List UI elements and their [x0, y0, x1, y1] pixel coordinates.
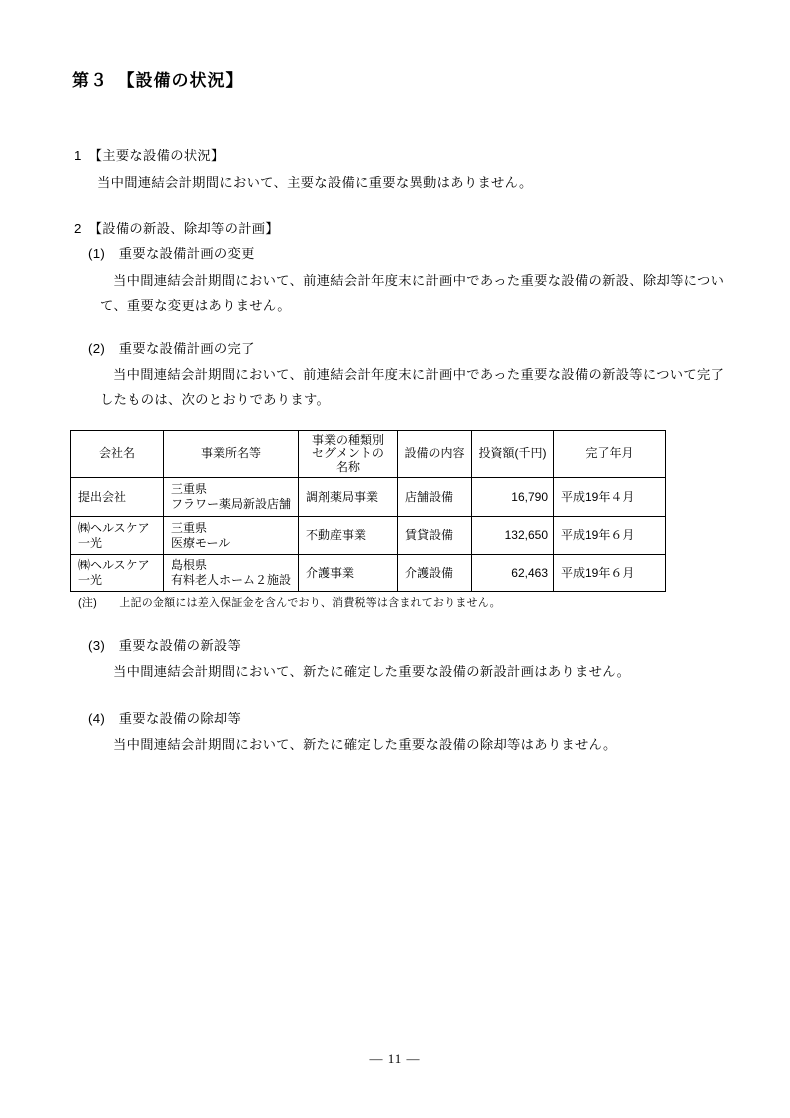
header-company: 会社名 — [71, 431, 164, 478]
cell-equipment: 介護設備 — [398, 555, 472, 592]
sub2-body-line2: したものは、次のとおりであります。 — [100, 389, 330, 408]
cell-company: 提出会社 — [71, 478, 164, 517]
cell-office: 三重県 医療モール — [164, 517, 299, 555]
page-number: ― 11 ― — [0, 1051, 790, 1067]
header-equipment: 設備の内容 — [398, 431, 472, 478]
completed-equipment-table: 会社名 事業所名等 事業の種類別 セグメントの 名称 設備の内容 投資額(千円)… — [70, 430, 666, 592]
sub2-body-line1: 当中間連結会計期間において、前連結会計年度末に計画中であった重要な設備の新設等に… — [113, 364, 724, 383]
header-amount: 投資額(千円) — [472, 431, 554, 478]
table-row: ㈱ヘルスケア 一光 三重県 医療モール 不動産事業 賃貸設備 132,650 平… — [71, 517, 666, 555]
cell-amount: 62,463 — [472, 555, 554, 592]
header-office: 事業所名等 — [164, 431, 299, 478]
section1-heading: 1 【主要な設備の状況】 — [74, 145, 225, 164]
sub4-body: 当中間連結会計期間において、新たに確定した重要な設備の除却等はありません。 — [113, 734, 617, 753]
cell-amount: 16,790 — [472, 478, 554, 517]
sub4-heading: (4) 重要な設備の除却等 — [88, 708, 241, 727]
cell-office: 島根県 有料老人ホーム２施設 — [164, 555, 299, 592]
cell-completed: 平成19年６月 — [554, 517, 666, 555]
table-row: 提出会社 三重県 フラワー薬局新設店舗 調剤薬局事業 店舗設備 16,790 平… — [71, 478, 666, 517]
cell-company: ㈱ヘルスケア 一光 — [71, 555, 164, 592]
cell-segment: 不動産事業 — [299, 517, 398, 555]
cell-equipment: 店舗設備 — [398, 478, 472, 517]
document-page: 第３ 【設備の状況】 1 【主要な設備の状況】 当中間連結会計期間において、主要… — [0, 0, 790, 1118]
table-header-row: 会社名 事業所名等 事業の種類別 セグメントの 名称 設備の内容 投資額(千円)… — [71, 431, 666, 478]
cell-segment: 介護事業 — [299, 555, 398, 592]
sub1-body-line2: て、重要な変更はありません。 — [100, 295, 291, 314]
table-row: ㈱ヘルスケア 一光 島根県 有料老人ホーム２施設 介護事業 介護設備 62,46… — [71, 555, 666, 592]
cell-completed: 平成19年４月 — [554, 478, 666, 517]
table-note: (注) 上記の金額には差入保証金を含んでおり、消費税等は含まれておりません。 — [78, 594, 501, 610]
section1-body: 当中間連結会計期間において、主要な設備に重要な異動はありません。 — [97, 172, 533, 191]
cell-company: ㈱ヘルスケア 一光 — [71, 517, 164, 555]
cell-equipment: 賃貸設備 — [398, 517, 472, 555]
sub3-body: 当中間連結会計期間において、新たに確定した重要な設備の新設計画はありません。 — [113, 661, 630, 680]
sub3-heading: (3) 重要な設備の新設等 — [88, 635, 241, 654]
page-title: 第３ 【設備の状況】 — [72, 66, 244, 91]
cell-office: 三重県 フラワー薬局新設店舗 — [164, 478, 299, 517]
cell-completed: 平成19年６月 — [554, 555, 666, 592]
header-completed: 完了年月 — [554, 431, 666, 478]
header-segment: 事業の種類別 セグメントの 名称 — [299, 431, 398, 478]
sub2-heading: (2) 重要な設備計画の完了 — [88, 338, 255, 357]
cell-segment: 調剤薬局事業 — [299, 478, 398, 517]
sub1-heading: (1) 重要な設備計画の変更 — [88, 243, 255, 262]
cell-amount: 132,650 — [472, 517, 554, 555]
sub1-body-line1: 当中間連結会計期間において、前連結会計年度末に計画中であった重要な設備の新設、除… — [113, 270, 724, 289]
section2-heading: 2 【設備の新設、除却等の計画】 — [74, 218, 279, 237]
